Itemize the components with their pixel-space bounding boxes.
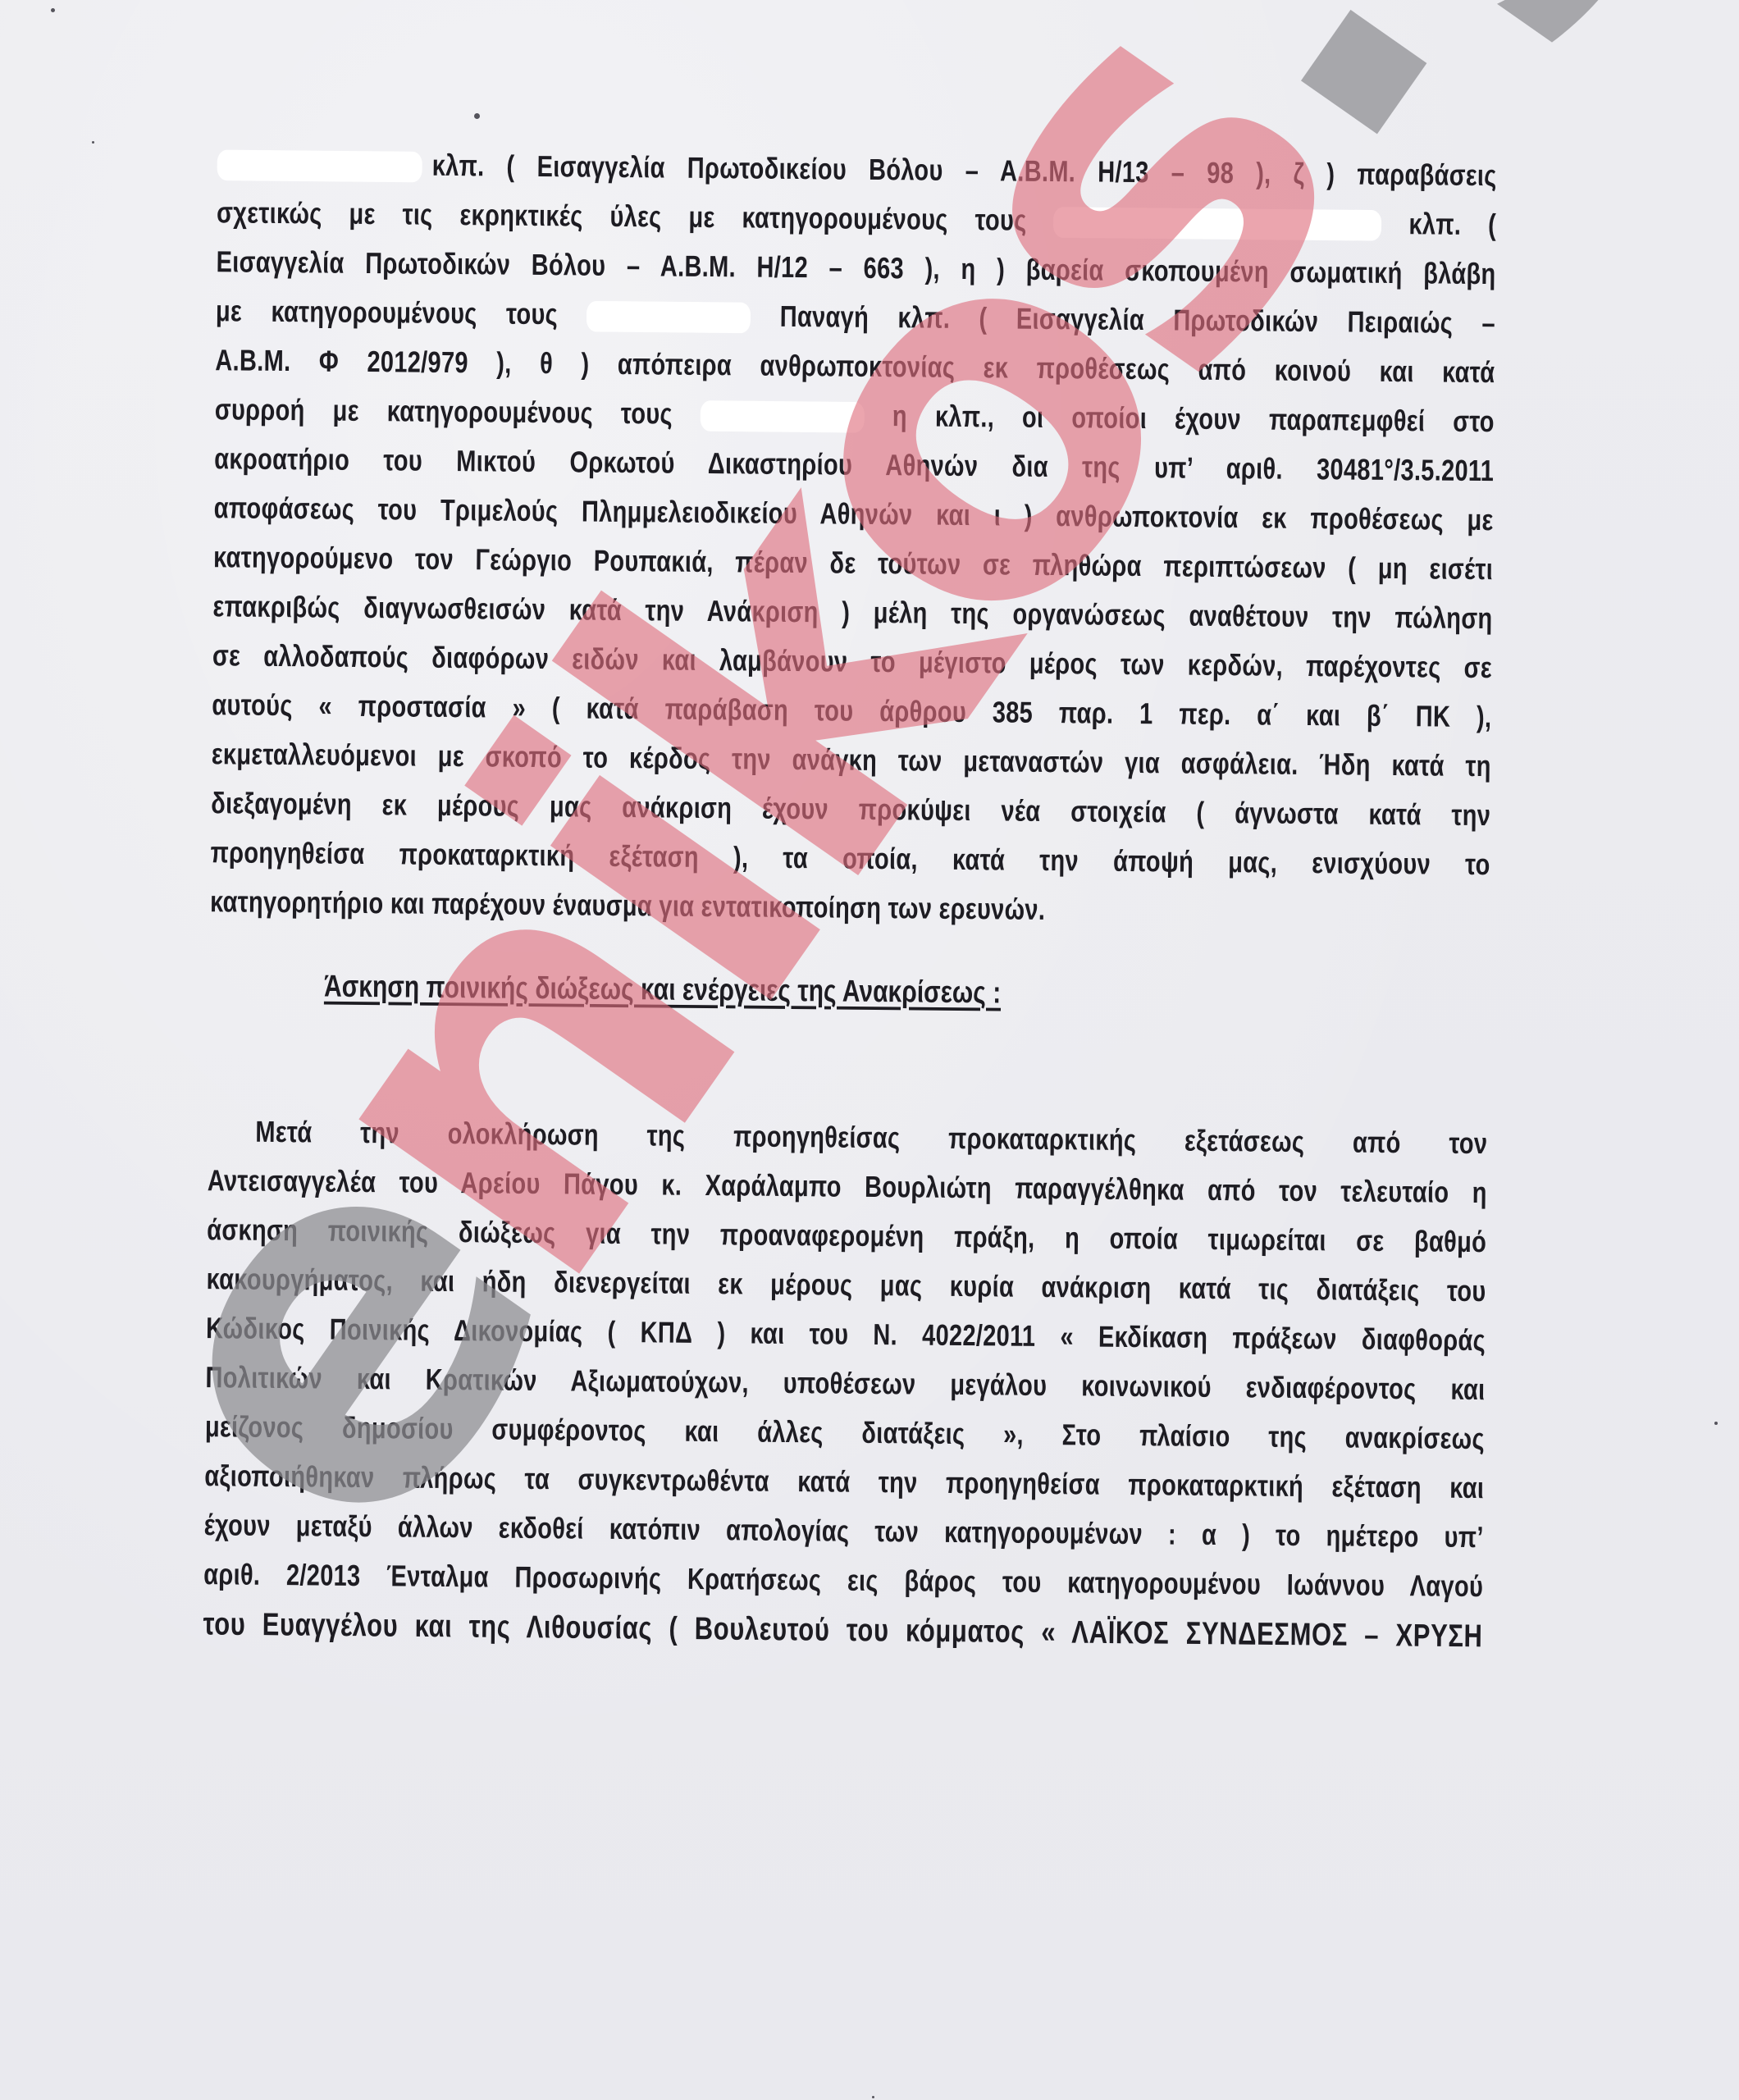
- scan-speck: [92, 141, 94, 144]
- line-text-tail: κλπ. (: [1408, 208, 1496, 242]
- redaction-block: [587, 301, 751, 333]
- section-heading: Άσκηση ποινικής διώξεως και ενέργειες τη…: [324, 970, 1002, 1011]
- line-text-tail: Παναγή κλπ. ( Εισαγγελία Πρωτοδικών Πειρ…: [780, 301, 1496, 340]
- section-heading-wrap: Άσκηση ποινικής διώξεως και ενέργειες τη…: [209, 927, 1490, 1038]
- redaction-block: [1053, 208, 1381, 241]
- scan-speck: [474, 113, 480, 119]
- document-line: του Ευαγγέλου και της Λιθουσίας ( Βουλευ…: [203, 1593, 1483, 1667]
- line-text: του Ευαγγέλου και της Λιθουσίας ( Βουλευ…: [203, 1605, 1482, 1654]
- redaction-block: [217, 150, 422, 183]
- line-text-tail: η κλπ., οι οποίοι έχουν παραπεμφθεί στο: [892, 400, 1495, 439]
- document-page: κλπ. ( Εισαγγελία Πρωτοδικείου Βόλου – Α…: [203, 139, 1497, 1661]
- line-text: με κατηγορουμένους τους: [216, 295, 558, 331]
- line-text: συρροή με κατηγορουμένους τους: [215, 394, 673, 431]
- scan-speck: [872, 2096, 874, 2098]
- redaction-block: [701, 401, 865, 433]
- line-text: κατηγορητήριο και παρέχουν έναυσμα για ε…: [210, 886, 1045, 927]
- scan-speck: [51, 8, 55, 12]
- line-text: σχετικώς με τις εκρηκτικές ύλες με κατηγ…: [217, 197, 1027, 237]
- scan-speck: [1714, 1422, 1718, 1425]
- paragraph-prosecution: Μετά την ολοκλήρωση της προηγηθείσας προ…: [203, 1107, 1487, 1661]
- paragraph-charges: κλπ. ( Εισαγγελία Πρωτοδικείου Βόλου – Α…: [210, 139, 1497, 939]
